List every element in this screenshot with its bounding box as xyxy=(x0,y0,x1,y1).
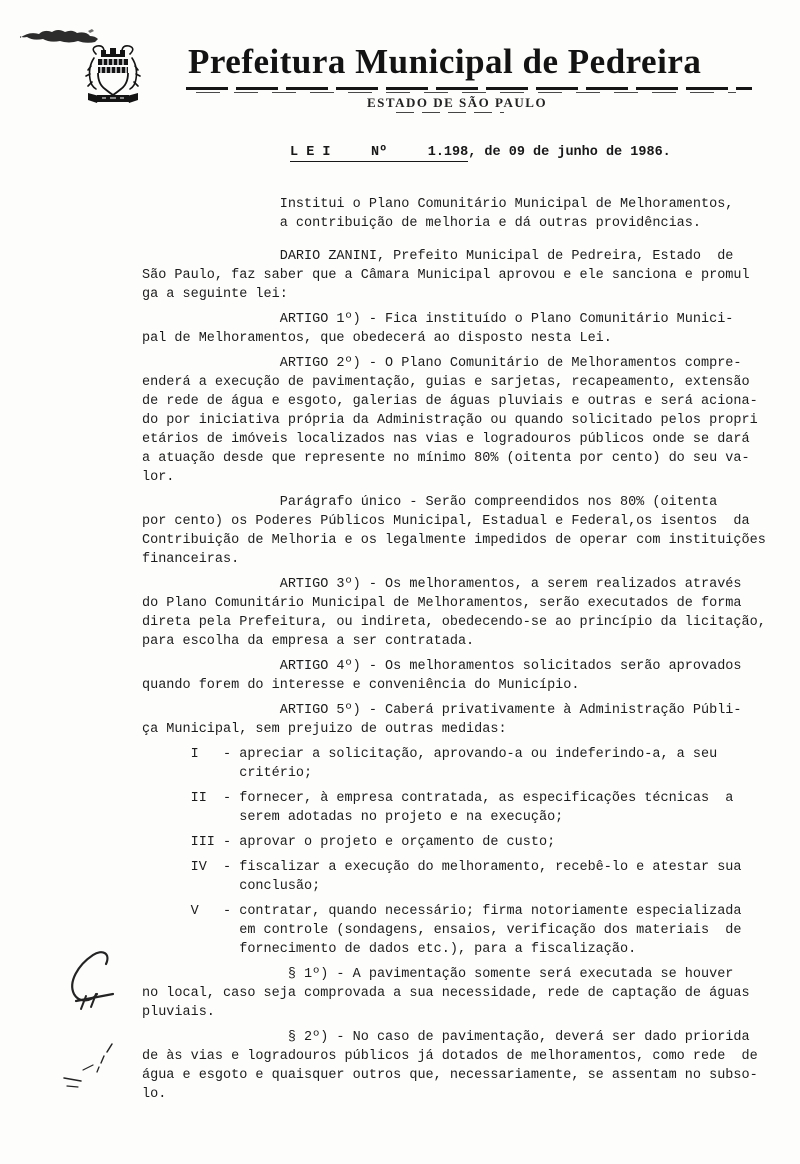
para-paragrafo-1: § 1º) - A pavimentação somente será exec… xyxy=(142,965,782,1022)
law-number-heading: L E I Nº 1.198, de 09 de junho de 1986. xyxy=(290,145,671,160)
para-item-iv: IV - fiscalizar a execução do melhoramen… xyxy=(142,858,782,896)
para-item-i: I - apreciar a solicitação, aprovando-a … xyxy=(142,745,782,783)
municipal-coat-of-arms-icon xyxy=(82,44,144,108)
law-date: , de 09 de junho de 1986. xyxy=(468,145,671,160)
para-preambulo: DARIO ZANINI, Prefeito Municipal de Pedr… xyxy=(142,247,782,304)
para-artigo-3: ARTIGO 3º) - Os melhoramentos, a serem r… xyxy=(142,575,782,651)
handwritten-pen-mark-icon xyxy=(26,948,150,1113)
scanned-document-page: Prefeitura Municipal de Pedreira ESTADO … xyxy=(0,0,800,1164)
para-artigo-5: ARTIGO 5º) - Caberá privativamente à Adm… xyxy=(142,701,782,739)
para-item-iii: III - aprovar o projeto e orçamento de c… xyxy=(142,833,782,852)
para-paragrafo-2: § 2º) - No caso de pavimentação, deverá … xyxy=(142,1028,782,1104)
para-artigo-2: ARTIGO 2º) - O Plano Comunitário de Melh… xyxy=(142,354,782,487)
ink-smudge-icon xyxy=(18,27,110,45)
para-paragrafo-unico: Parágrafo único - Serão compreendidos no… xyxy=(142,493,782,569)
title-underline-rule xyxy=(186,87,752,90)
page-title: Prefeitura Municipal de Pedreira xyxy=(188,42,701,82)
header-subtitle: ESTADO DE SÃO PAULO xyxy=(367,95,547,111)
subtitle-underline-rule xyxy=(396,112,504,113)
para-ementa: Institui o Plano Comunitário Municipal d… xyxy=(142,195,782,233)
para-artigo-4: ARTIGO 4º) - Os melhoramentos solicitado… xyxy=(142,657,782,695)
law-number-underlined: L E I Nº 1.198 xyxy=(290,145,468,162)
para-artigo-1: ARTIGO 1º) - Fica instituído o Plano Com… xyxy=(142,310,782,348)
para-item-ii: II - fornecer, à empresa contratada, as … xyxy=(142,789,782,827)
document-body: Institui o Plano Comunitário Municipal d… xyxy=(142,195,782,1110)
para-item-v: V - contratar, quando necessário; firma … xyxy=(142,902,782,959)
title-underline-rule-secondary xyxy=(196,92,736,93)
